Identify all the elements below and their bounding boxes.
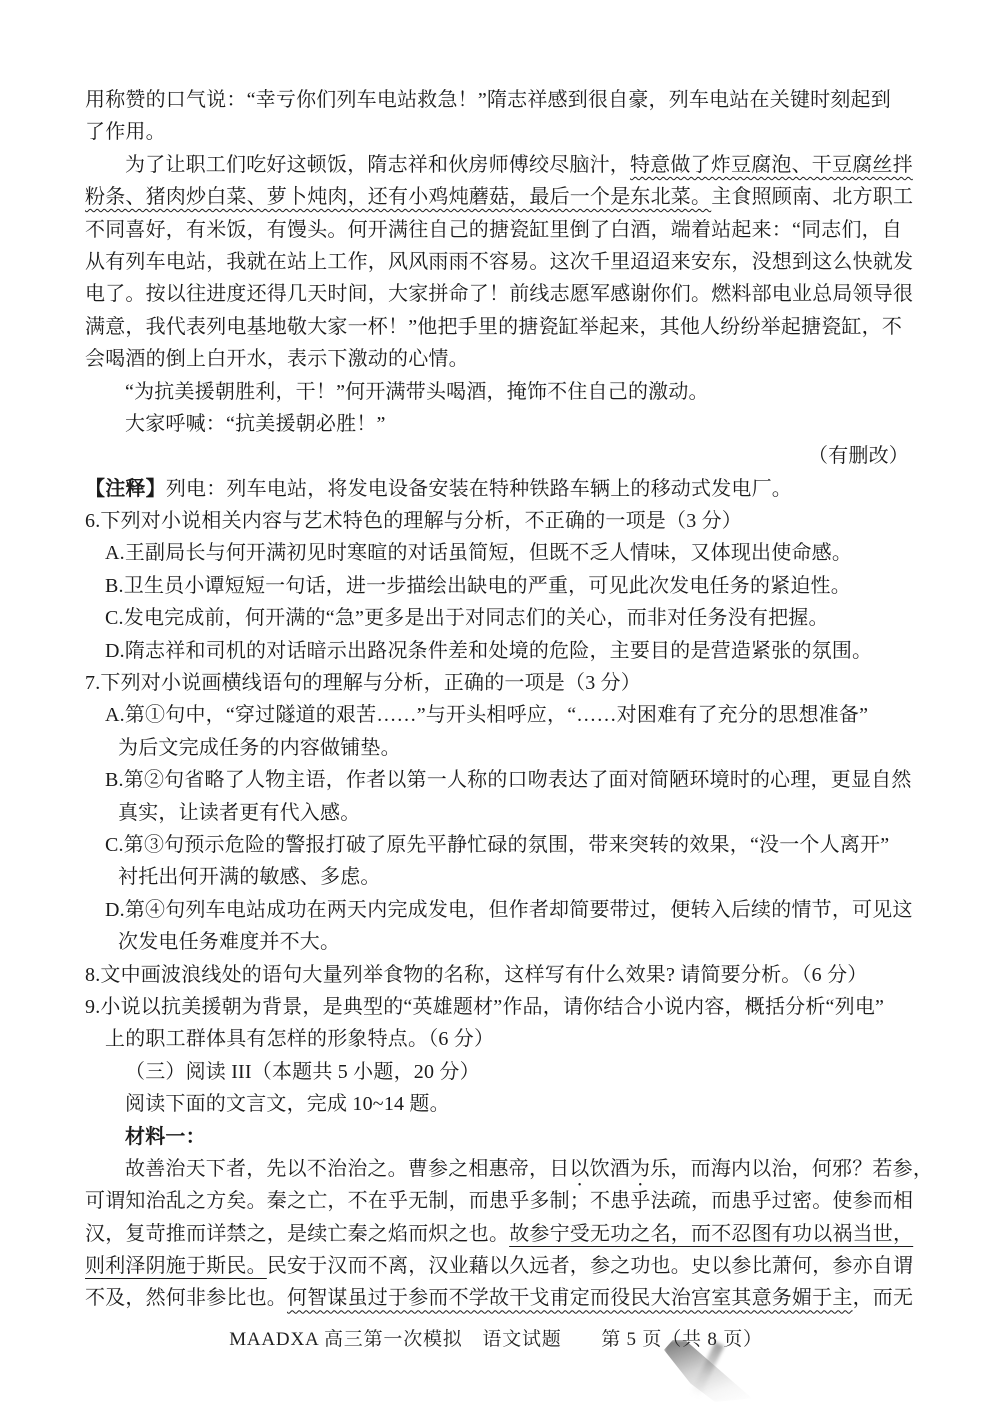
text-segment: D.第④句列车电站成功在两天内完成发电，但作者却简要带过，便转入后续的情节，可见…: [105, 899, 913, 921]
text-segment: “为抗美援朝胜利，干！”何开满带头喝酒，掩饰不住自己的激动。: [125, 381, 709, 403]
text-segment-wavy-underline: 何智谋虽过于参而不学故干戈甫定而役民大治宫室其意务媚于主: [287, 1287, 853, 1309]
text-segment: 列电：列车电站，将发电设备安装在特种铁路车辆上的移动式发电厂。: [166, 478, 792, 500]
text-segment: 【注释】: [85, 478, 166, 500]
text-line: 6.下列对小说相关内容与艺术特色的理解与分析，不正确的一项是（3 分）: [85, 505, 917, 537]
text-segment: ，而无: [853, 1287, 914, 1309]
text-line: 8.文中画波浪线处的语句大量列举食物的名称，这样写有什么效果? 请简要分析。（6…: [85, 959, 917, 991]
text-line: 为了让职工们吃好这顿饭，隋志祥和伙房师傅绞尽脑汁，特意做了炸豆腐泡、干豆腐丝拌: [85, 149, 917, 181]
text-line: B.卫生员小谭短短一句话，进一步描绘出缺电的严重，可见此次发电任务的紧迫性。: [85, 570, 917, 602]
text-line: C.第③句预示危险的警报打破了原先平静忙碌的氛围，带来突转的效果，“没一个人离开…: [85, 829, 917, 861]
page-footer: MAADXA 高三第一次模拟 语文试题 第 5 页（共 8 页）: [0, 1324, 992, 1351]
text-segment: 民安于汉而不离，汉业藉以久远者，参之功也。史以参比萧何，参亦自谓: [267, 1255, 913, 1277]
text-segment: 上的职工群体具有怎样的形象特点。（6 分）: [105, 1028, 494, 1050]
text-segment: 汉，复苛推而详禁之，是续亡秦之焰而炽之也。: [85, 1223, 509, 1245]
text-line: 次发电任务难度并不大。: [85, 926, 917, 958]
document-body: 用称赞的口气说：“幸亏你们列车电站救急！”隋志祥感到很自豪，列车电站在关键时刻起…: [85, 84, 917, 1315]
text-segment-dot-underline: 为: [630, 1158, 650, 1180]
text-line: 不及，然何非参比也。何智谋虽过于参而不学故干戈甫定而役民大治宫室其意务媚于主，而…: [85, 1282, 917, 1314]
text-segment: 为后文完成任务的内容做铺垫。: [118, 737, 401, 759]
text-line: 材料一：: [85, 1121, 917, 1153]
text-segment: 阅读下面的文言文，完成 10~14 题。: [125, 1093, 450, 1115]
text-line: D.隋志祥和司机的对话暗示出路况条件差和处境的危险，主要目的是营造紧张的氛围。: [85, 635, 917, 667]
text-segment-line-underline: 则利泽阴施于斯民。: [85, 1255, 267, 1277]
text-line: 阅读下面的文言文，完成 10~14 题。: [85, 1088, 917, 1120]
text-line: 真实，让读者更有代入感。: [85, 797, 917, 829]
exam-paper-page: 用称赞的口气说：“幸亏你们列车电站救急！”隋志祥感到很自豪，列车电站在关键时刻起…: [0, 0, 992, 1402]
text-segment: 衬托出何开满的敏感、多虑。: [118, 866, 381, 888]
text-line: 【注释】列电：列车电站，将发电设备安装在特种铁路车辆上的移动式发电厂。: [85, 473, 917, 505]
text-segment: 会喝酒的倒上白开水，表示下激动的心情。: [85, 348, 469, 370]
text-line: 会喝酒的倒上白开水，表示下激动的心情。: [85, 343, 917, 375]
text-line: 7.下列对小说画横线语句的理解与分析，正确的一项是（3 分）: [85, 667, 917, 699]
text-segment: 大家呼喊：“抗美援朝必胜！”: [125, 413, 386, 435]
text-segment: B.卫生员小谭短短一句话，进一步描绘出缺电的严重，可见此次发电任务的紧迫性。: [105, 575, 851, 597]
text-segment: 主食照顾南、北方职工: [711, 186, 913, 208]
text-line: B.第②句省略了人物主语，作者以第一人称的口吻表达了面对简陋环境时的心理，更显自…: [85, 764, 917, 796]
text-segment: D.隋志祥和司机的对话暗示出路况条件差和处境的危险，主要目的是营造紧张的氛围。: [105, 640, 872, 662]
text-line: 衬托出何开满的敏感、多虑。: [85, 861, 917, 893]
text-segment: 可谓知治乱之方矣。秦之亡，不在乎无制，而患乎多制；不患乎法疏，而患乎过密。使参而…: [85, 1190, 913, 1212]
text-line: 大家呼喊：“抗美援朝必胜！”: [85, 408, 917, 440]
text-segment: 用称赞的口气说：“幸亏你们列车电站救急！”隋志祥感到很自豪，列车电站在关键时刻起…: [85, 89, 891, 111]
text-segment: 从有列车电站，我就在站上工作，风风雨雨不容易。这次千里迢迢来安东，没想到这么快就…: [85, 251, 913, 273]
text-segment: 满意，我代表列电基地敬大家一杯！”他把手里的搪瓷缸举起来，其他人纷纷举起搪瓷缸，…: [85, 316, 902, 338]
text-line: 则利泽阴施于斯民。民安于汉而不离，汉业藉以久远者，参之功也。史以参比萧何，参亦自…: [85, 1250, 917, 1282]
text-segment: 6.下列对小说相关内容与艺术特色的理解与分析，不正确的一项是（3 分）: [85, 510, 742, 532]
text-line: A.第①句中，“穿过隧道的艰苦……”与开头相呼应，“……对困难有了充分的思想准备…: [85, 699, 917, 731]
text-segment-wavy-underline: 特意做了炸豆腐泡、干豆腐丝拌: [630, 154, 913, 176]
text-segment: 9.小说以抗美援朝为背景，是典型的“英雄题材”作品，请你结合小说内容，概括分析“…: [85, 996, 884, 1018]
text-segment: 材料一：: [125, 1126, 206, 1148]
text-segment-wavy-underline: 粉条、猪肉炒白菜、萝卜炖肉，还有小鸡炖蘑菇，最后一个是东北菜。: [85, 186, 711, 208]
text-segment: A.第①句中，“穿过隧道的艰苦……”与开头相呼应，“……对困难有了充分的思想准备…: [105, 704, 868, 726]
text-line: C.发电完成前，何开满的“急”更多是出于对同志们的关心，而非对任务没有把握。: [85, 602, 917, 634]
text-segment: C.发电完成前，何开满的“急”更多是出于对同志们的关心，而非对任务没有把握。: [105, 607, 829, 629]
text-line: D.第④句列车电站成功在两天内完成发电，但作者却简要带过，便转入后续的情节，可见…: [85, 894, 917, 926]
text-line: 满意，我代表列电基地敬大家一杯！”他把手里的搪瓷缸举起来，其他人纷纷举起搪瓷缸，…: [85, 311, 917, 343]
text-segment: 不同喜好，有米饭，有馒头。何开满往自己的搪瓷缸里倒了白酒，端着站起来：“同志们，…: [85, 219, 902, 241]
text-segment: 次发电任务难度并不大。: [118, 931, 340, 953]
text-segment: 饮酒: [590, 1158, 630, 1180]
text-line: 了作用。: [85, 116, 917, 148]
text-line: 不同喜好，有米饭，有馒头。何开满往自己的搪瓷缸里倒了白酒，端着站起来：“同志们，…: [85, 214, 917, 246]
text-line: 从有列车电站，我就在站上工作，风风雨雨不容易。这次千里迢迢来安东，没想到这么快就…: [85, 246, 917, 278]
text-segment: （三）阅读 III（本题共 5 小题，20 分）: [125, 1061, 480, 1083]
text-segment: B.第②句省略了人物主语，作者以第一人称的口吻表达了面对简陋环境时的心理，更显自…: [105, 769, 912, 791]
text-segment: （有删改）: [808, 445, 909, 467]
text-line: 粉条、猪肉炒白菜、萝卜炖肉，还有小鸡炖蘑菇，最后一个是东北菜。主食照顾南、北方职…: [85, 181, 917, 213]
text-line: “为抗美援朝胜利，干！”何开满带头喝酒，掩饰不住自己的激动。: [85, 376, 917, 408]
text-segment: 乐，而海内以治，何邪？若参，: [650, 1158, 933, 1180]
text-line: 故善治天下者，先以不治治之。曹参之相惠帝，日以饮酒为乐，而海内以治，何邪？若参，: [85, 1153, 917, 1185]
text-line: 用称赞的口气说：“幸亏你们列车电站救急！”隋志祥感到很自豪，列车电站在关键时刻起…: [85, 84, 917, 116]
text-segment: 真实，让读者更有代入感。: [118, 802, 360, 824]
text-line: 上的职工群体具有怎样的形象特点。（6 分）: [85, 1023, 917, 1055]
text-segment-dot-underline: 以: [569, 1158, 589, 1180]
text-segment: 故善治天下者，先以不治治之。曹参之相惠帝，日: [125, 1158, 569, 1180]
text-line: 为后文完成任务的内容做铺垫。: [85, 732, 917, 764]
text-line: 可谓知治乱之方矣。秦之亡，不在乎无制，而患乎多制；不患乎法疏，而患乎过密。使参而…: [85, 1185, 917, 1217]
text-segment-line-underline: 故参宁受无功之名，而不忍图有功以祸当世，: [509, 1223, 913, 1245]
text-segment: C.第③句预示危险的警报打破了原先平静忙碌的氛围，带来突转的效果，“没一个人离开…: [105, 834, 889, 856]
text-line: A.王副局长与何开满初见时寒暄的对话虽简短，但既不乏人情味，又体现出使命感。: [85, 537, 917, 569]
text-line: 汉，复苛推而详禁之，是续亡秦之焰而炽之也。故参宁受无功之名，而不忍图有功以祸当世…: [85, 1218, 917, 1250]
text-segment: 为了让职工们吃好这顿饭，隋志祥和伙房师傅绞尽脑汁，: [125, 154, 630, 176]
text-segment: A.王副局长与何开满初见时寒暄的对话虽简短，但既不乏人情味，又体现出使命感。: [105, 542, 852, 564]
text-line: 9.小说以抗美援朝为背景，是典型的“英雄题材”作品，请你结合小说内容，概括分析“…: [85, 991, 917, 1023]
text-segment: 电了。按以往进度还得几天时间，大家拼命了！前线志愿军感谢你们。燃料部电业总局领导…: [85, 283, 913, 305]
text-segment: 了作用。: [85, 121, 166, 143]
text-segment: 7.下列对小说画横线语句的理解与分析，正确的一项是（3 分）: [85, 672, 641, 694]
text-segment: 不及，然何非参比也。: [85, 1287, 287, 1309]
text-line: 电了。按以往进度还得几天时间，大家拼命了！前线志愿军感谢你们。燃料部电业总局领导…: [85, 278, 917, 310]
text-line: （有删改）: [85, 440, 917, 472]
text-segment: 8.文中画波浪线处的语句大量列举食物的名称，这样写有什么效果? 请简要分析。（6…: [85, 964, 867, 986]
text-line: （三）阅读 III（本题共 5 小题，20 分）: [85, 1056, 917, 1088]
